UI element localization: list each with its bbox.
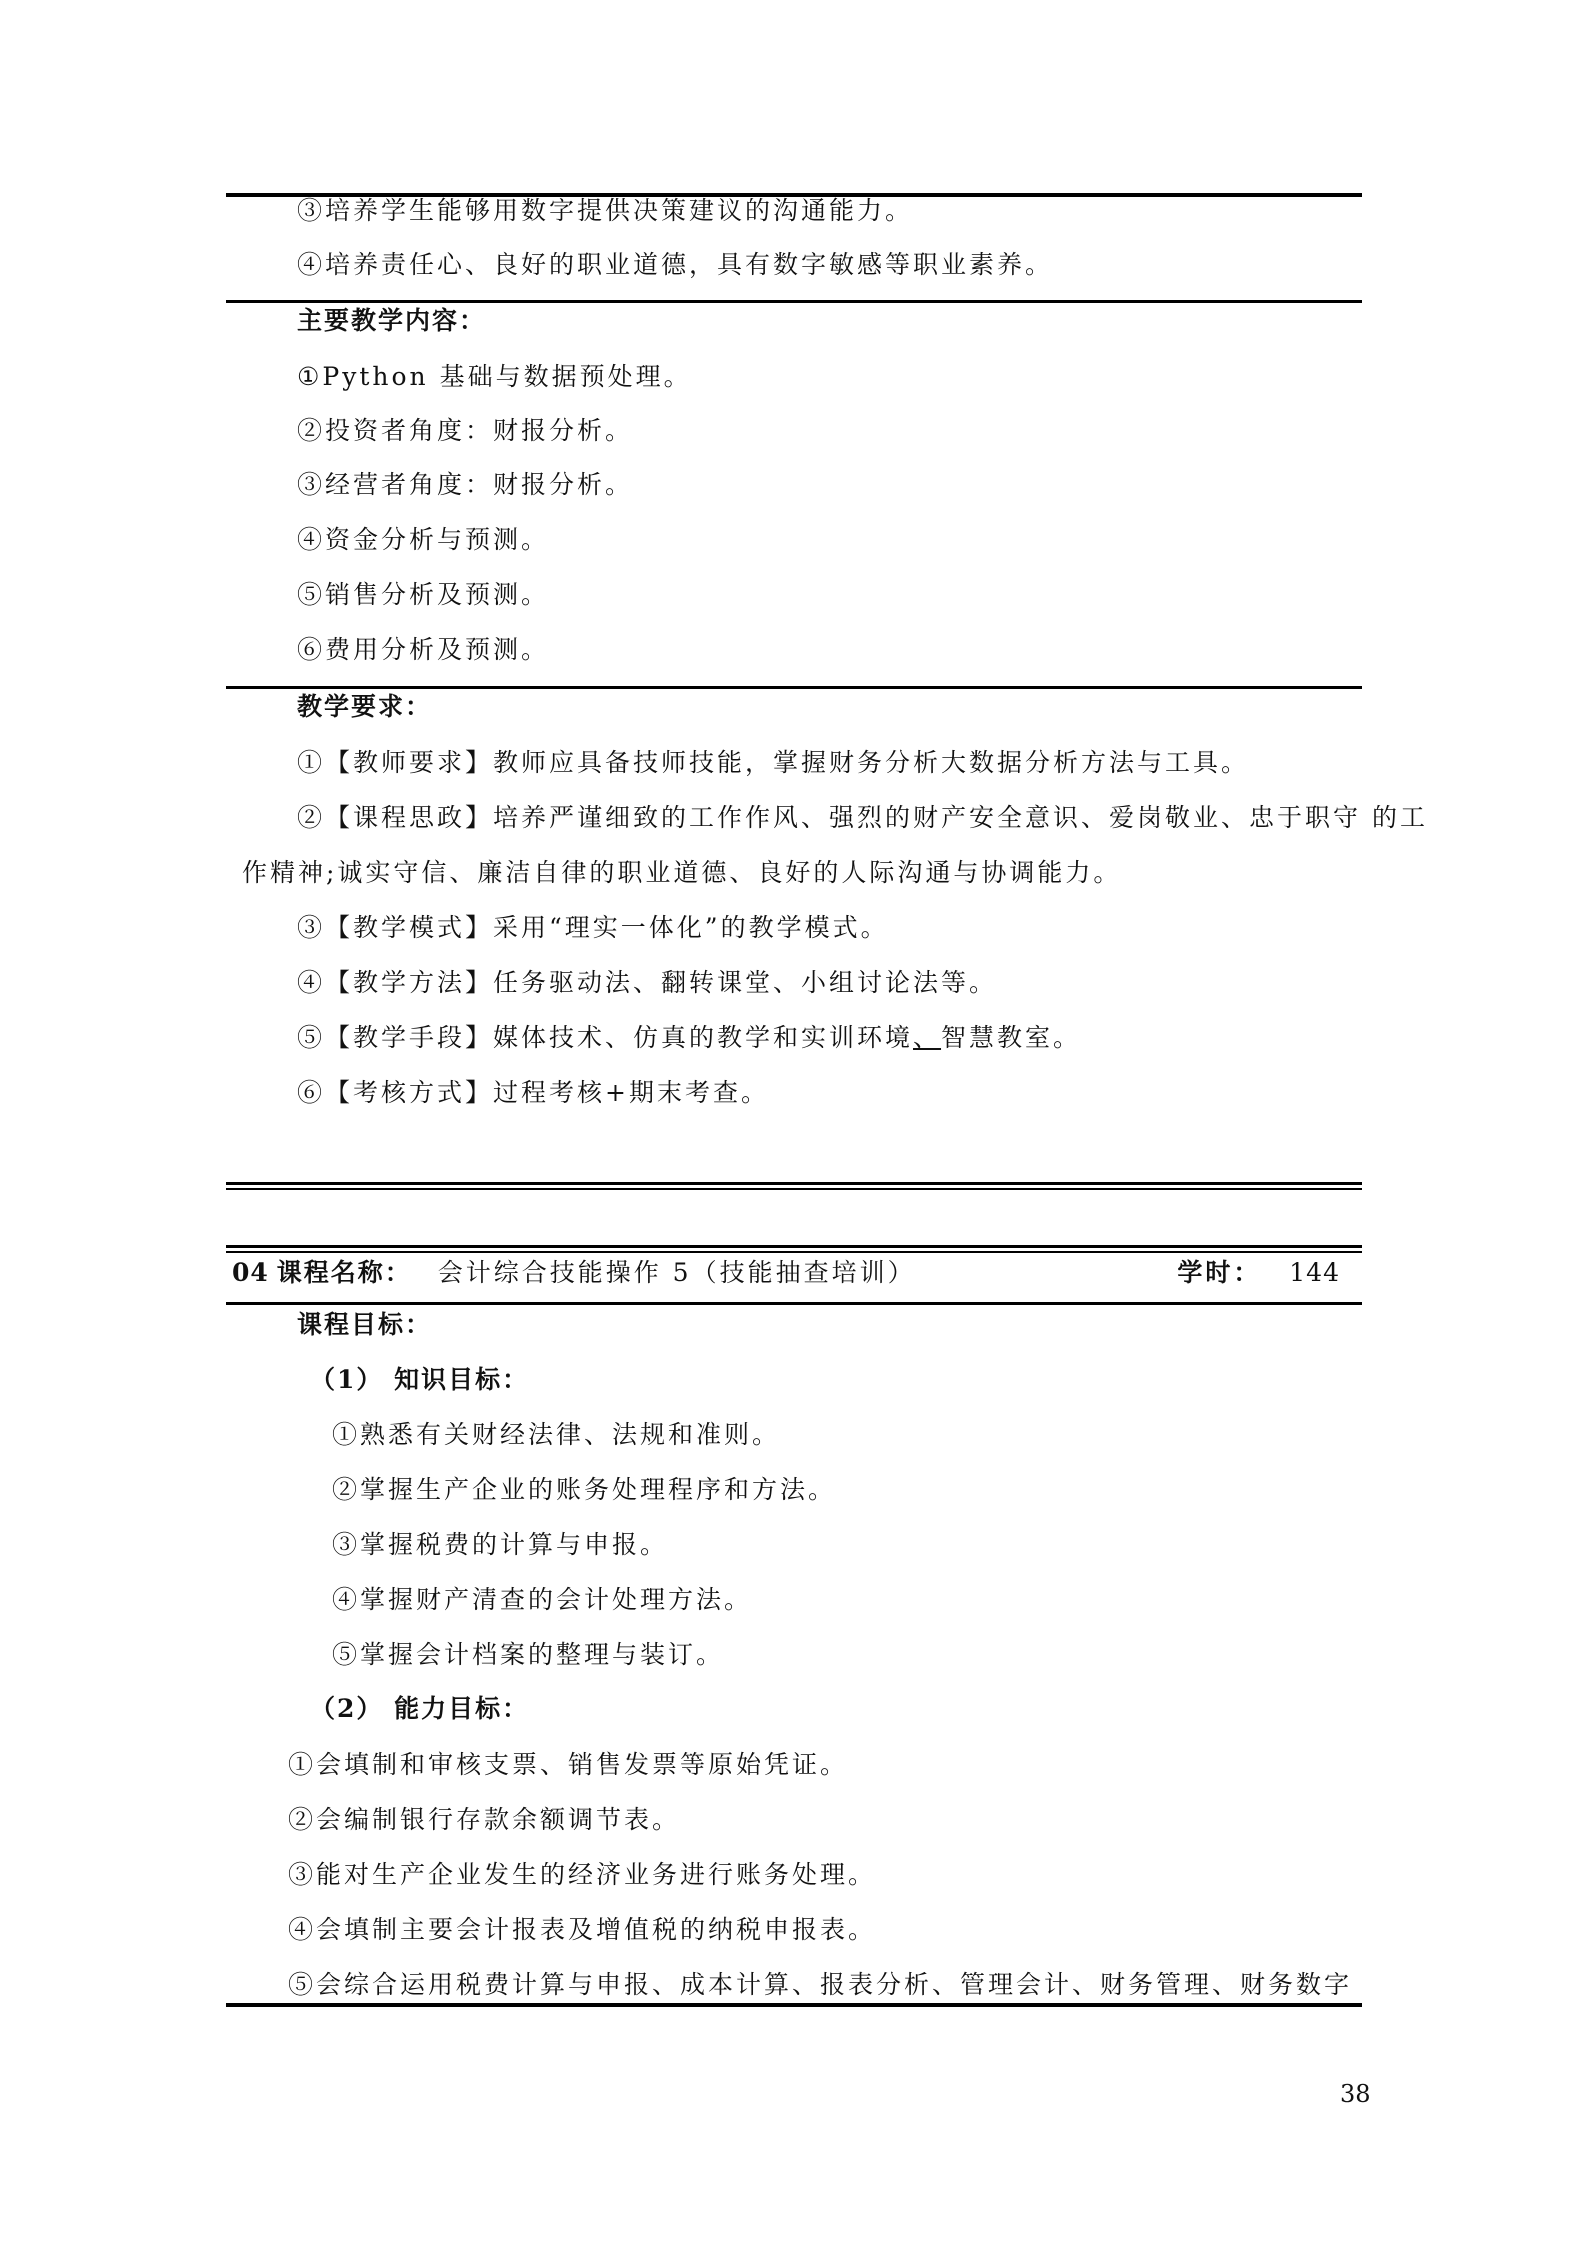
row-divider bbox=[226, 686, 1362, 689]
requirements-heading: 教学要求： bbox=[297, 692, 432, 722]
ability-goal-item: ③能对生产企业发生的经济业务进行账务处理。 bbox=[288, 1860, 876, 1890]
course-name-label: 课程名称： bbox=[277, 1258, 412, 1287]
requirement-item: ⑤【教学手段】媒体技术、仿真的教学和实训环境、智慧教室。 bbox=[297, 1023, 1081, 1053]
content-item: ③经营者角度：财报分析。 bbox=[297, 470, 633, 500]
content-item: ①Python 基础与数据预处理。 bbox=[297, 362, 692, 392]
knowledge-goals-heading: （1） 知识目标： bbox=[310, 1365, 529, 1395]
course-header-row: 04 课程名称： 会计综合技能操作 5（技能抽查培训） 学时： 144 bbox=[232, 1256, 1352, 1290]
requirement-item: ①【教师要求】教师应具备技师技能，掌握财务分析大数据分析方法与工具。 bbox=[297, 748, 1249, 778]
knowledge-goal-item: ④掌握财产清查的会计处理方法。 bbox=[332, 1585, 752, 1615]
requirement-item: ⑥【考核方式】过程考核+期末考查。 bbox=[297, 1078, 769, 1108]
underlined-separator: 、 bbox=[913, 1023, 941, 1052]
content-item: ②投资者角度：财报分析。 bbox=[297, 416, 633, 446]
requirement-item: ③【教学模式】采用“理实一体化”的教学模式。 bbox=[297, 913, 889, 943]
table-bottom-double-rule bbox=[226, 1188, 1362, 1190]
ability-goals-heading: （2） 能力目标： bbox=[310, 1694, 529, 1724]
goal-item: ④培养责任心、良好的职业道德，具有数字敏感等职业素养。 bbox=[297, 250, 1053, 280]
row-divider bbox=[226, 300, 1362, 303]
content-item: ④资金分析与预测。 bbox=[297, 525, 549, 555]
knowledge-goal-item: ②掌握生产企业的账务处理程序和方法。 bbox=[332, 1475, 836, 1505]
requirement-item-text: ⑤【教学手段】媒体技术、仿真的教学和实训环境 bbox=[297, 1023, 913, 1052]
hours-label: 学时： bbox=[1177, 1258, 1261, 1287]
requirement-item-wrap: 作精神;诚实守信、廉洁自律的职业道德、良好的人际沟通与协调能力。 bbox=[242, 858, 1121, 888]
hours-value: 144 bbox=[1289, 1258, 1340, 1287]
main-content-heading: 主要教学内容： bbox=[297, 306, 486, 336]
course-goals-heading: 课程目标： bbox=[297, 1310, 432, 1340]
requirement-item: ②【课程思政】培养严谨细致的工作作风、强烈的财产安全意识、爱岗敬业、忠于职守 的… bbox=[297, 803, 1428, 833]
course-number: 04 bbox=[232, 1258, 269, 1287]
knowledge-goal-item: ⑤掌握会计档案的整理与装订。 bbox=[332, 1640, 724, 1670]
ability-goal-item: ②会编制银行存款余额调节表。 bbox=[288, 1805, 680, 1835]
requirement-item: ④【教学方法】任务驱动法、翻转课堂、小组讨论法等。 bbox=[297, 968, 997, 998]
table-top-double-rule bbox=[226, 1245, 1362, 1248]
content-item: ⑥费用分析及预测。 bbox=[297, 635, 549, 665]
goal-item: ③培养学生能够用数字提供决策建议的沟通能力。 bbox=[297, 196, 913, 226]
knowledge-goal-item: ③掌握税费的计算与申报。 bbox=[332, 1530, 668, 1560]
table-top-double-rule bbox=[226, 1251, 1362, 1253]
course-name: 会计综合技能操作 5（技能抽查培训） bbox=[438, 1258, 916, 1287]
knowledge-goal-item: ①熟悉有关财经法律、法规和准则。 bbox=[332, 1420, 780, 1450]
ability-goal-item: ④会填制主要会计报表及增值税的纳税申报表。 bbox=[288, 1915, 876, 1945]
ability-goal-item: ⑤会综合运用税费计算与申报、成本计算、报表分析、管理会计、财务管理、财务数字 bbox=[288, 1970, 1352, 2000]
page-number: 38 bbox=[1340, 2080, 1371, 2108]
row-divider bbox=[226, 1302, 1362, 1305]
ability-goal-item: ①会填制和审核支票、销售发票等原始凭证。 bbox=[288, 1750, 848, 1780]
requirement-item-tail: 智慧教室。 bbox=[941, 1023, 1081, 1052]
table-bottom-double-rule bbox=[226, 1182, 1362, 1185]
content-item: ⑤销售分析及预测。 bbox=[297, 580, 549, 610]
table-bottom-border bbox=[226, 2003, 1362, 2007]
